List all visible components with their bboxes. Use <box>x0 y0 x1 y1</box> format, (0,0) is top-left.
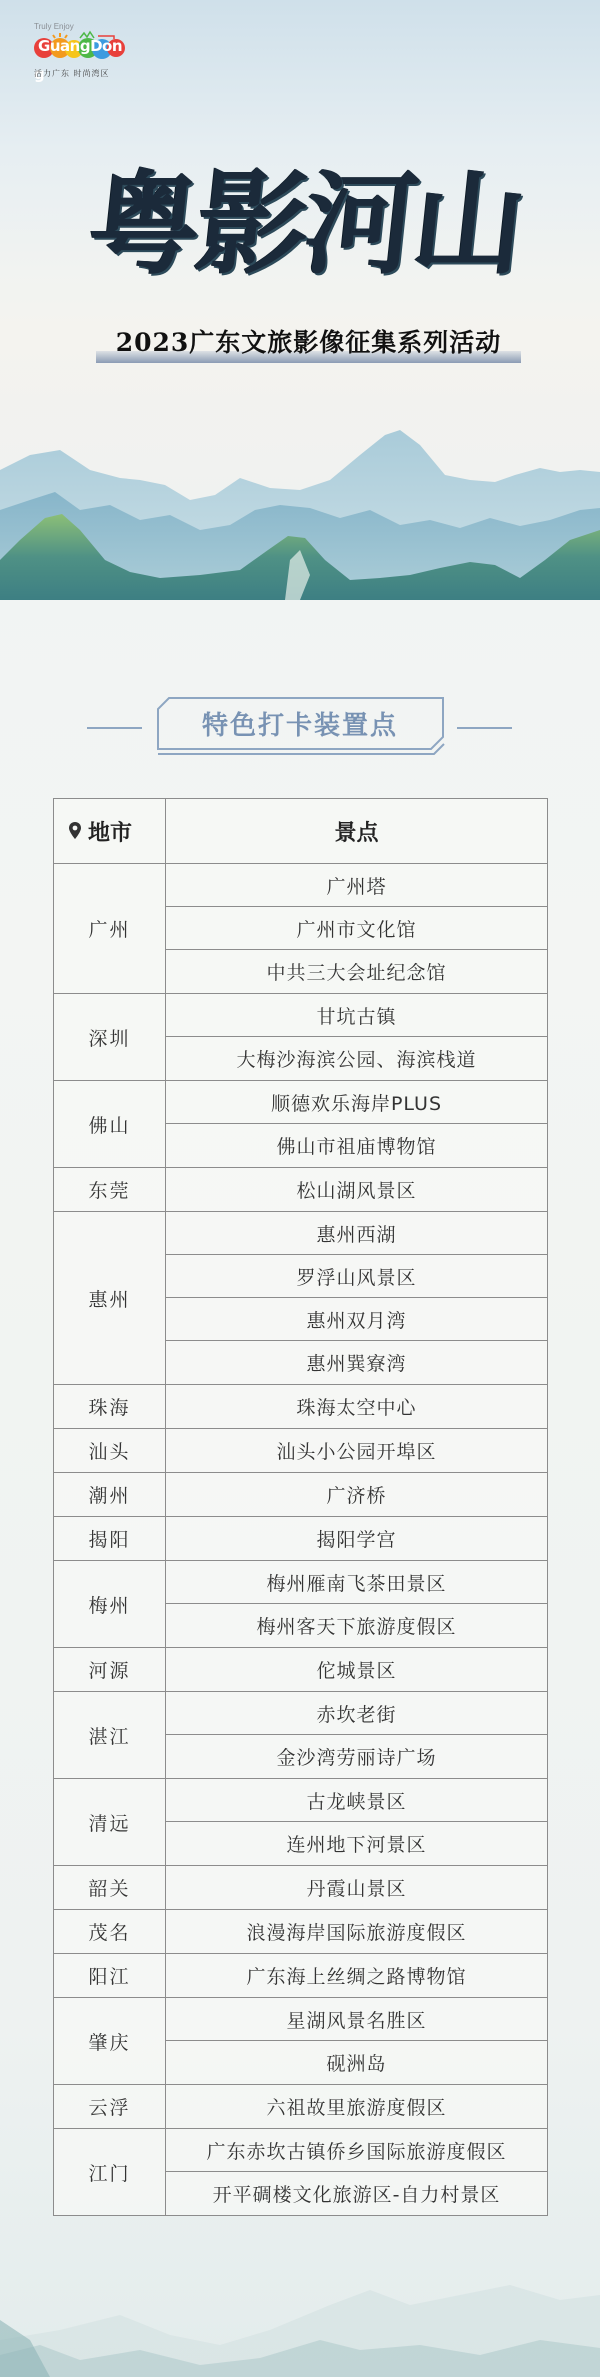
page-subtitle: 2023广东文旅影像征集系列活动 <box>96 325 521 361</box>
table-row-group: 江门广东赤坎古镇侨乡国际旅游度假区开平碉楼文化旅游区-自力村景区 <box>54 2129 547 2215</box>
spots-list: 星湖风景名胜区砚洲岛 <box>166 1998 547 2084</box>
spot-cell: 广东赤坎古镇侨乡国际旅游度假区 <box>166 2129 547 2172</box>
spot-cell: 珠海太空中心 <box>166 1385 547 1428</box>
logo-brand-text: GuangDong <box>34 32 124 60</box>
spot-cell: 砚洲岛 <box>166 2041 547 2084</box>
spot-cell: 开平碉楼文化旅游区-自力村景区 <box>166 2172 547 2215</box>
table-row-group: 河源佗城景区 <box>54 1648 547 1692</box>
city-cell: 佛山 <box>54 1081 166 1167</box>
spots-list: 赤坎老街金沙湾劳丽诗广场 <box>166 1692 547 1778</box>
checkin-spots-table: 地市 景点 广州广州塔广州市文化馆中共三大会址纪念馆深圳甘坑古镇大梅沙海滨公园、… <box>53 798 548 2216</box>
table-row-group: 深圳甘坑古镇大梅沙海滨公园、海滨栈道 <box>54 994 547 1081</box>
table-row-group: 佛山顺德欢乐海岸PLUS佛山市祖庙博物馆 <box>54 1081 547 1168</box>
table-row-group: 珠海珠海太空中心 <box>54 1385 547 1429</box>
spots-list: 松山湖风景区 <box>166 1168 547 1211</box>
table-row-group: 揭阳揭阳学宫 <box>54 1517 547 1561</box>
spots-list: 古龙峡景区连州地下河景区 <box>166 1779 547 1865</box>
city-cell: 深圳 <box>54 994 166 1080</box>
spots-list: 惠州西湖罗浮山风景区惠州双月湾惠州巽寮湾 <box>166 1212 547 1384</box>
spots-list: 广州塔广州市文化馆中共三大会址纪念馆 <box>166 864 547 993</box>
spot-cell: 金沙湾劳丽诗广场 <box>166 1735 547 1778</box>
table-row-group: 东莞松山湖风景区 <box>54 1168 547 1212</box>
city-cell: 云浮 <box>54 2085 166 2128</box>
spot-cell: 广济桥 <box>166 1473 547 1516</box>
spot-cell: 浪漫海岸国际旅游度假区 <box>166 1910 547 1953</box>
spots-list: 梅州雁南飞茶田景区梅州客天下旅游度假区 <box>166 1561 547 1647</box>
header-city: 地市 <box>54 799 166 863</box>
table-row-group: 广州广州塔广州市文化馆中共三大会址纪念馆 <box>54 864 547 994</box>
table-row-group: 汕头汕头小公园开埠区 <box>54 1429 547 1473</box>
spot-cell: 汕头小公园开埠区 <box>166 1429 547 1472</box>
spots-list: 汕头小公园开埠区 <box>166 1429 547 1472</box>
city-cell: 肇庆 <box>54 1998 166 2084</box>
page-title: 粤影河山 <box>61 135 550 315</box>
spot-cell: 连州地下河景区 <box>166 1822 547 1865</box>
map-pin-icon <box>68 821 82 841</box>
city-cell: 湛江 <box>54 1692 166 1778</box>
table-row-group: 阳江广东海上丝绸之路博物馆 <box>54 1954 547 1998</box>
table-row-group: 清远古龙峡景区连州地下河景区 <box>54 1779 547 1866</box>
table-row-group: 肇庆星湖风景名胜区砚洲岛 <box>54 1998 547 2085</box>
city-cell: 惠州 <box>54 1212 166 1384</box>
spot-cell: 惠州巽寮湾 <box>166 1341 547 1384</box>
city-cell: 江门 <box>54 2129 166 2215</box>
table-row-group: 茂名浪漫海岸国际旅游度假区 <box>54 1910 547 1954</box>
spot-cell: 顺德欢乐海岸PLUS <box>166 1081 547 1124</box>
city-cell: 珠海 <box>54 1385 166 1428</box>
spot-cell: 松山湖风景区 <box>166 1168 547 1211</box>
table-row-group: 惠州惠州西湖罗浮山风景区惠州双月湾惠州巽寮湾 <box>54 1212 547 1385</box>
spot-cell: 古龙峡景区 <box>166 1779 547 1822</box>
city-cell: 清远 <box>54 1779 166 1865</box>
table-row-group: 潮州广济桥 <box>54 1473 547 1517</box>
spot-cell: 星湖风景名胜区 <box>166 1998 547 2041</box>
footer-mountain-mist-image <box>0 2260 600 2377</box>
table-row-group: 湛江赤坎老街金沙湾劳丽诗广场 <box>54 1692 547 1779</box>
spot-cell: 梅州客天下旅游度假区 <box>166 1604 547 1647</box>
spot-cell: 罗浮山风景区 <box>166 1255 547 1298</box>
spots-list: 广济桥 <box>166 1473 547 1516</box>
spot-cell: 中共三大会址纪念馆 <box>166 950 547 993</box>
header-spot-label: 景点 <box>334 816 378 847</box>
spots-list: 广东海上丝绸之路博物馆 <box>166 1954 547 1997</box>
guangdong-tourism-logo: Truly Enjoy GuangDong 活力广东 时尚湾区 <box>34 22 134 84</box>
spots-list: 甘坑古镇大梅沙海滨公园、海滨栈道 <box>166 994 547 1080</box>
city-cell: 茂名 <box>54 1910 166 1953</box>
section-title-text: 特色打卡装置点 <box>160 704 440 748</box>
city-cell: 河源 <box>54 1648 166 1691</box>
spot-cell: 佗城景区 <box>166 1648 547 1691</box>
spots-list: 揭阳学宫 <box>166 1517 547 1560</box>
table-row-group: 云浮六祖故里旅游度假区 <box>54 2085 547 2129</box>
table-row-group: 梅州梅州雁南飞茶田景区梅州客天下旅游度假区 <box>54 1561 547 1648</box>
city-cell: 韶关 <box>54 1866 166 1909</box>
divider-line-right <box>457 727 512 729</box>
spot-cell: 梅州雁南飞茶田景区 <box>166 1561 547 1604</box>
table-row-group: 韶关丹霞山景区 <box>54 1866 547 1910</box>
spot-cell: 丹霞山景区 <box>166 1866 547 1909</box>
city-cell: 东莞 <box>54 1168 166 1211</box>
city-cell: 汕头 <box>54 1429 166 1472</box>
spot-cell: 大梅沙海滨公园、海滨栈道 <box>166 1037 547 1080</box>
divider-line-left <box>87 727 142 729</box>
table-body: 广州广州塔广州市文化馆中共三大会址纪念馆深圳甘坑古镇大梅沙海滨公园、海滨栈道佛山… <box>54 864 547 2215</box>
spot-cell: 惠州西湖 <box>166 1212 547 1255</box>
spot-cell: 揭阳学宫 <box>166 1517 547 1560</box>
spot-cell: 惠州双月湾 <box>166 1298 547 1341</box>
spots-list: 丹霞山景区 <box>166 1866 547 1909</box>
spot-cell: 六祖故里旅游度假区 <box>166 2085 547 2128</box>
table-header: 地市 景点 <box>54 799 547 864</box>
header-city-label: 地市 <box>88 816 132 847</box>
spot-cell: 佛山市祖庙博物馆 <box>166 1124 547 1167</box>
subtitle-block: 2023广东文旅影像征集系列活动 <box>96 325 521 365</box>
spot-cell: 甘坑古镇 <box>166 994 547 1037</box>
section-header: 特色打卡装置点 <box>0 690 600 760</box>
spot-cell: 广东海上丝绸之路博物馆 <box>166 1954 547 1997</box>
hero-banner: Truly Enjoy GuangDong 活力广东 时尚湾区 粤影河山 202… <box>0 0 600 600</box>
spots-list: 顺德欢乐海岸PLUS佛山市祖庙博物馆 <box>166 1081 547 1167</box>
city-cell: 广州 <box>54 864 166 993</box>
spots-list: 浪漫海岸国际旅游度假区 <box>166 1910 547 1953</box>
spots-list: 广东赤坎古镇侨乡国际旅游度假区开平碉楼文化旅游区-自力村景区 <box>166 2129 547 2215</box>
city-cell: 揭阳 <box>54 1517 166 1560</box>
spots-list: 佗城景区 <box>166 1648 547 1691</box>
city-cell: 梅州 <box>54 1561 166 1647</box>
mountain-landscape-image <box>0 400 600 600</box>
logo-slogan: 活力广东 时尚湾区 <box>34 68 110 79</box>
header-spot: 景点 <box>166 799 547 863</box>
city-cell: 阳江 <box>54 1954 166 1997</box>
spot-cell: 广州塔 <box>166 864 547 907</box>
spot-cell: 广州市文化馆 <box>166 907 547 950</box>
spot-cell: 赤坎老街 <box>166 1692 547 1735</box>
spots-list: 珠海太空中心 <box>166 1385 547 1428</box>
city-cell: 潮州 <box>54 1473 166 1516</box>
spots-list: 六祖故里旅游度假区 <box>166 2085 547 2128</box>
